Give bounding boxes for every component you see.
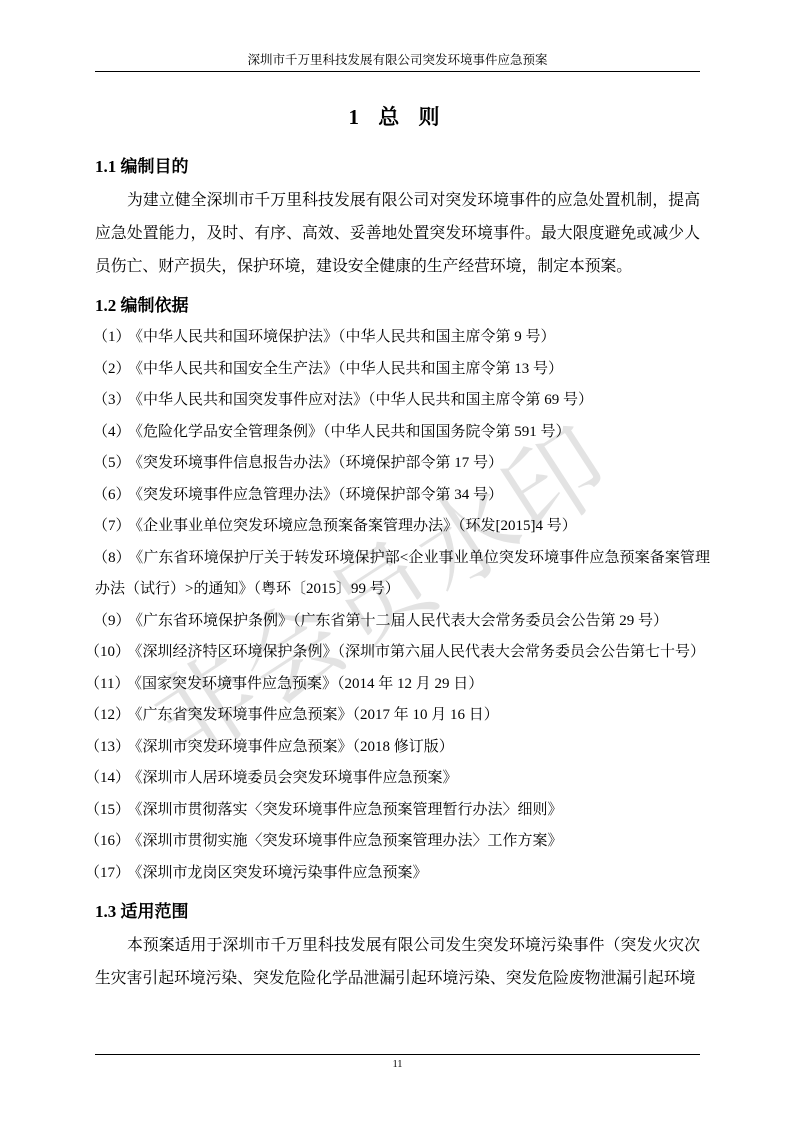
- page-number: 11: [392, 1059, 402, 1070]
- list-item: （14）《深圳市人居环境委员会突发环境事件应急预案》: [95, 763, 710, 795]
- list-item: （9）《广东省环境保护条例》（广东省第十二届人民代表大会常务委员会公告第 29 …: [95, 606, 710, 638]
- list-item-number: （13）: [85, 739, 130, 755]
- reference-list: （1）《中华人民共和国环境保护法》（中华人民共和国主席令第 9 号） （2）《中…: [95, 322, 710, 889]
- list-item: （7）《企业事业单位突发环境应急预案备案管理办法》（环发[2015]4 号）: [95, 511, 710, 543]
- list-item-number: （16）: [85, 833, 130, 849]
- list-item-text: 《深圳市贯彻实施〈突发环境事件应急预案管理办法〉工作方案》: [135, 833, 563, 849]
- list-item-number: （12）: [85, 707, 130, 723]
- document-page: 非会员水印 深圳市千万里科技发展有限公司突发环境事件应急预案 1 总 则 1.1…: [0, 0, 793, 1122]
- page-header: 深圳市千万里科技发展有限公司突发环境事件应急预案: [95, 0, 700, 72]
- list-item: （17）《深圳市龙岗区突发环境污染事件应急预案》: [95, 858, 710, 890]
- list-item-text: 《突发环境事件应急管理办法》（环境保护部令第 34 号）: [136, 487, 504, 503]
- list-item-number: （1）: [93, 329, 131, 345]
- list-item-number: （10）: [85, 644, 130, 660]
- list-item-text: 《深圳市人居环境委员会突发环境事件应急预案》: [135, 770, 458, 786]
- section-1-1-paragraph: 为建立健全深圳市千万里科技发展有限公司对突发环境事件的应急处置机制，提高应急处置…: [95, 184, 700, 283]
- list-item: （3）《中华人民共和国突发事件应对法》（中华人民共和国主席令第 69 号）: [95, 385, 710, 417]
- list-item-text: 《中华人民共和国突发事件应对法》（中华人民共和国主席令第 69 号）: [136, 392, 594, 408]
- page-title: 1 总 则: [95, 105, 700, 129]
- list-item: （4）《危险化学品安全管理条例》（中华人民共和国国务院令第 591 号）: [95, 417, 710, 449]
- list-item: （1）《中华人民共和国环境保护法》（中华人民共和国主席令第 9 号）: [95, 322, 710, 354]
- list-item: （11）《国家突发环境事件应急预案》（2014 年 12 月 29 日）: [95, 669, 710, 701]
- list-item-number: （3）: [93, 392, 131, 408]
- list-item-text: 《深圳市贯彻落实〈突发环境事件应急预案管理暂行办法〉细则》: [135, 802, 563, 818]
- list-item-text: 《广东省环境保护厅关于转发环境保护部<企业事业单位突发环境事件应急预案备案管理办…: [95, 550, 710, 598]
- list-item-number: （11）: [85, 676, 129, 692]
- list-item-number: （9）: [93, 613, 131, 629]
- list-item: （2）《中华人民共和国安全生产法》（中华人民共和国主席令第 13 号）: [95, 354, 710, 386]
- section-heading-1-2: 1.2 编制依据: [95, 296, 700, 316]
- list-item-text: 《深圳市龙岗区突发环境污染事件应急预案》: [135, 865, 428, 881]
- list-item-number: （14）: [85, 770, 130, 786]
- list-item-text: 《广东省突发环境事件应急预案》（2017 年 10 月 16 日）: [135, 707, 499, 723]
- list-item-text: 《深圳经济特区环境保护条例》（深圳市第六届人民代表大会常务委员会公告第七十号）: [135, 644, 705, 660]
- list-item: （16）《深圳市贯彻实施〈突发环境事件应急预案管理办法〉工作方案》: [95, 826, 710, 858]
- list-item-text: 《广东省环境保护条例》（广东省第十二届人民代表大会常务委员会公告第 29 号）: [136, 613, 669, 629]
- section-heading-1-1: 1.1 编制目的: [95, 157, 700, 177]
- list-item: （12）《广东省突发环境事件应急预案》（2017 年 10 月 16 日）: [95, 700, 710, 732]
- list-item-number: （15）: [85, 802, 130, 818]
- list-item-number: （17）: [85, 865, 130, 881]
- list-item-text: 《企业事业单位突发环境应急预案备案管理办法》（环发[2015]4 号）: [136, 518, 577, 534]
- list-item: （15）《深圳市贯彻落实〈突发环境事件应急预案管理暂行办法〉细则》: [95, 795, 710, 827]
- list-item-number: （7）: [93, 518, 131, 534]
- list-item-text: 《深圳市突发环境事件应急预案》（2018 修订版）: [135, 739, 454, 755]
- list-item-text: 《中华人民共和国环境保护法》（中华人民共和国主席令第 9 号）: [136, 329, 556, 345]
- section-heading-1-3: 1.3 适用范围: [95, 902, 700, 922]
- list-item-number: （2）: [93, 361, 131, 377]
- list-item: （13）《深圳市突发环境事件应急预案》（2018 修订版）: [95, 732, 710, 764]
- list-item: （10）《深圳经济特区环境保护条例》（深圳市第六届人民代表大会常务委员会公告第七…: [95, 637, 710, 669]
- list-item: （5）《突发环境事件信息报告办法》（环境保护部令第 17 号）: [95, 448, 710, 480]
- list-item-text: 《国家突发环境事件应急预案》（2014 年 12 月 29 日）: [134, 676, 483, 692]
- section-1-3-paragraph: 本预案适用于深圳市千万里科技发展有限公司发生突发环境污染事件（突发火灾次生灾害引…: [95, 929, 700, 995]
- list-item: （8）《广东省环境保护厅关于转发环境保护部<企业事业单位突发环境事件应急预案备案…: [95, 543, 710, 606]
- list-item-text: 《危险化学品安全管理条例》（中华人民共和国国务院令第 591 号）: [136, 424, 571, 440]
- list-item-text: 《中华人民共和国安全生产法》（中华人民共和国主席令第 13 号）: [136, 361, 564, 377]
- list-item-number: （6）: [93, 487, 131, 503]
- list-item-number: （8）: [93, 550, 131, 566]
- list-item-number: （5）: [93, 455, 131, 471]
- page-footer: 11: [95, 1054, 700, 1071]
- list-item-text: 《突发环境事件信息报告办法》（环境保护部令第 17 号）: [136, 455, 504, 471]
- page-content: 深圳市千万里科技发展有限公司突发环境事件应急预案 1 总 则 1.1 编制目的 …: [0, 0, 793, 995]
- list-item-number: （4）: [93, 424, 131, 440]
- list-item: （6）《突发环境事件应急管理办法》（环境保护部令第 34 号）: [95, 480, 710, 512]
